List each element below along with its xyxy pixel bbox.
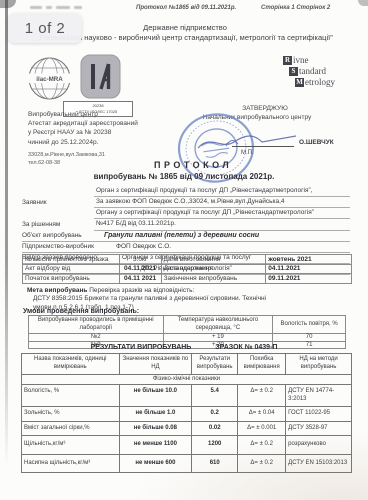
scan-corner-mark: [358, 0, 368, 6]
rsm-cap-letter: R: [283, 56, 292, 65]
results-table: Назва показників, одиниці вимірювань Зна…: [21, 353, 352, 473]
seal-place-note: М.П.: [241, 150, 254, 156]
field-value-line: Органу з сертифікації продукції та послу…: [94, 208, 350, 219]
rsm-cap-letter: S: [289, 67, 298, 76]
indicator-name: Щільність,кг/м³: [22, 436, 120, 455]
cell-value: 3.0кг: [119, 255, 161, 265]
column-header: Похибка вимірювання: [238, 354, 286, 375]
rsm-word-rest: tandard: [299, 66, 326, 76]
nd-value: не більше 1.0: [119, 407, 192, 422]
attestation-line: у Реєстрі НААУ за № 20238: [28, 128, 138, 137]
table-row: Зольність, % не більше 1.0 0.2 Δ= ± 0.04…: [22, 407, 352, 422]
cell-value: 09.11.2021: [266, 274, 352, 284]
attestation-line: чинний до 25.12.2024р.: [28, 138, 138, 147]
table-row: Вміст загальної сірки,% не більше 0.08 0…: [22, 421, 352, 436]
address-phone: тел.62-08-38: [28, 159, 105, 167]
center-address: 33028,м.Рівне,вул.Замкова,31 тел.62-08-3…: [28, 151, 105, 168]
cell-value: 70: [273, 334, 346, 342]
cell-label: Кількість прийнятого зразка: [23, 255, 120, 265]
field-test-object: Об'єкт випробувань Гранули паливні (пеле…: [22, 231, 350, 242]
naau-accreditation-logo-icon: [80, 54, 121, 99]
obscured-text-marks: [30, 6, 100, 13]
field-label: Об'єкт випробувань: [22, 231, 104, 241]
document-page: 1 of 2 Протокол №1865 від 09.11.2021р. С…: [0, 0, 368, 500]
column-header: Вологість повітря, %: [273, 316, 346, 334]
cell-value: 04.11.2021: [266, 264, 352, 274]
field-label: За рішенням: [22, 220, 94, 230]
svg-text:ilac-MRA: ilac-MRA: [36, 76, 63, 83]
scan-edge-shadow: [5, 0, 8, 468]
method-standard: ДСТУ EN 15103:2013: [286, 454, 352, 473]
cell-value: 04.11 2021: [119, 274, 161, 284]
field-manufacturer: Підприємство-виробник ФОП Оведюк С.О.: [22, 242, 350, 253]
column-header: Випробування проводились в приміщенні ла…: [29, 316, 164, 334]
error-value: Δ= ± 0.2: [238, 436, 286, 455]
sample-reference: ЗРАЗОК № 0439-П: [215, 344, 277, 351]
attestation-line: Атестат акредитації зареєстрований: [28, 119, 138, 128]
cell-value: №2: [29, 334, 164, 342]
rsm-cap-letter: M: [295, 78, 304, 87]
testing-center-name: Випробувальний центр: [28, 110, 138, 119]
cell-label: Закінчення випробувань: [161, 274, 266, 284]
column-header: Значення показників по НД: [119, 354, 192, 375]
purpose-text: Перевірка зразків на відповідність:: [89, 287, 194, 294]
field-label: Підприємство-виробник: [22, 242, 116, 252]
field-value-line: Орган з сертифікації продукції та послуг…: [94, 186, 350, 197]
indicator-name: Зольність, %: [22, 407, 120, 422]
table-row: Кількість прийнятого зразка 3.0кг Дата в…: [23, 255, 352, 265]
indicator-name: Насипна щільність,кг/м³: [22, 454, 120, 473]
table-header-row: Випробування проводились в приміщенні ла…: [29, 316, 346, 334]
address-line: 33028,м.Рівне,вул.Замкова,31: [28, 151, 105, 159]
approval-heading: ЗАТВЕРДЖУЮ: [215, 105, 315, 112]
nd-value: не більше 0.08: [119, 421, 192, 436]
protocol-title: ПРОТОКОЛ: [154, 160, 232, 170]
rsm-word-rest: etrology: [305, 77, 335, 87]
cell-value: 04.11 2021: [119, 264, 161, 274]
cell-value: жовтень 2021: [266, 255, 352, 265]
table-row: Вологість, % не більше 10.0 5.4 Δ= ± 0.2…: [22, 385, 352, 407]
result-value: 1200: [192, 436, 238, 455]
signer-name: О.ШЕВЧУК: [299, 139, 334, 146]
error-value: Δ= ± 0.04: [238, 407, 286, 422]
page-indicator-badge[interactable]: 1 of 2: [8, 13, 82, 43]
signature-line: [232, 146, 294, 147]
cell-label: Дата одержання: [161, 264, 266, 274]
cell-label: Дата виготовлення: [161, 255, 266, 265]
header-pages-ref: Сторінка 1 Сторінок 2: [261, 5, 330, 11]
error-value: Δ= ± 0.001: [238, 421, 286, 436]
rsm-logo-line: Metrology: [295, 77, 335, 87]
purpose-standard: ДСТУ 8358:2015 Брикети та гранули паливн…: [27, 295, 347, 303]
column-header: Температура навколишнього середовища, °С: [163, 316, 273, 334]
conditions-heading: Умови проведення випробувань:: [23, 308, 139, 315]
table-row: Насипна щільність,кг/м³ не менше 600 610…: [22, 454, 352, 473]
nd-value: не менше 600: [119, 454, 192, 473]
field-label: Заявник: [22, 198, 94, 208]
field-applicant: Заявник Орган з сертифікації продукції т…: [22, 186, 350, 208]
group-row: Фізико-хімічні показники: [22, 374, 352, 385]
field-value-line: №417 Б/Д від 03.11.2021р.: [94, 219, 350, 230]
scan-corner-mark: [0, 0, 16, 8]
result-value: 0.02: [192, 421, 238, 436]
column-header: Результати випробувань: [192, 354, 238, 375]
field-value-line: За заявкою ФОП Оведюк С.О.,33024, м.Рівн…: [94, 197, 350, 208]
manufacturer-value: ФОП Оведюк С.О.: [116, 242, 171, 252]
purpose-label: Мета випробувань: [27, 287, 87, 294]
table-row: Акт відбору від 04.11 2021 Дата одержанн…: [23, 264, 352, 274]
group-label: Фізико-хімічні показники: [22, 374, 352, 385]
table-row: Початок випробувань 04.11 2021 Закінченн…: [23, 274, 352, 284]
test-object-value: Гранули паливні (пелети) з деревини сосн…: [104, 232, 259, 241]
indicator-name: Вологість, %: [22, 385, 120, 407]
table-header-row: Назва показників, одиниці вимірювань Зна…: [22, 354, 352, 375]
error-value: Δ= ± 0.2: [238, 454, 286, 473]
cell-value: + 19: [163, 334, 273, 342]
column-header: НД на методи випробувань: [286, 354, 352, 375]
rsm-logo-line: Standard: [289, 66, 335, 76]
table-row: Щільність,кг/м³ не менше 1100 1200 Δ= ± …: [22, 436, 352, 455]
table-row: №2 + 19 70: [29, 334, 346, 342]
result-value: 5.4: [192, 385, 238, 407]
rsm-logo-line: Rivne: [283, 55, 335, 65]
result-value: 0.2: [192, 407, 238, 422]
method-standard: ДСТУ EN 14774-3:2013: [286, 385, 352, 407]
indicator-name: Вміст загальної сірки,%: [22, 421, 120, 436]
method-standard: розрахунково: [286, 436, 352, 455]
testing-center-info: Випробувальний центр Атестат акредитації…: [28, 110, 138, 147]
results-heading: РЕЗУЛЬТАТИ ВИПРОБУВАНЬ ЗРАЗОК № 0439-П: [0, 344, 368, 351]
error-value: Δ= ± 0.2: [238, 385, 286, 407]
column-header: Назва показників, одиниці вимірювань: [22, 354, 120, 375]
method-standard: ГОСТ 11022-95: [286, 407, 352, 422]
nd-value: не більше 10.0: [119, 385, 192, 407]
result-value: 610: [192, 454, 238, 473]
sample-info-table: Кількість прийнятого зразка 3.0кг Дата в…: [22, 254, 352, 284]
rivne-standard-metrology-logo: Rivne Standard Metrology: [283, 55, 335, 88]
method-standard: ДСТУ 3528-97: [286, 421, 352, 436]
field-value: Орган з сертифікації продукції та послуг…: [94, 186, 350, 208]
rsm-word-rest: ivne: [293, 55, 309, 65]
results-heading-text: РЕЗУЛЬТАТИ ВИПРОБУВАНЬ: [91, 344, 192, 351]
field-decision: За рішенням Органу з сертифікації продук…: [22, 208, 350, 230]
header-protocol-ref: Протокол №1865 від 09.11.2021р.: [136, 5, 236, 11]
field-value: Органу з сертифікації продукції та послу…: [94, 208, 350, 230]
ilac-mra-logo-icon: ilac-MRA: [27, 56, 72, 101]
protocol-subtitle: випробувань № 1865 від 09 листопада 2021…: [0, 172, 368, 181]
cell-label: Початок випробувань: [23, 274, 120, 284]
nd-value: не менше 1100: [119, 436, 192, 455]
cell-label: Акт відбору від: [23, 264, 120, 274]
